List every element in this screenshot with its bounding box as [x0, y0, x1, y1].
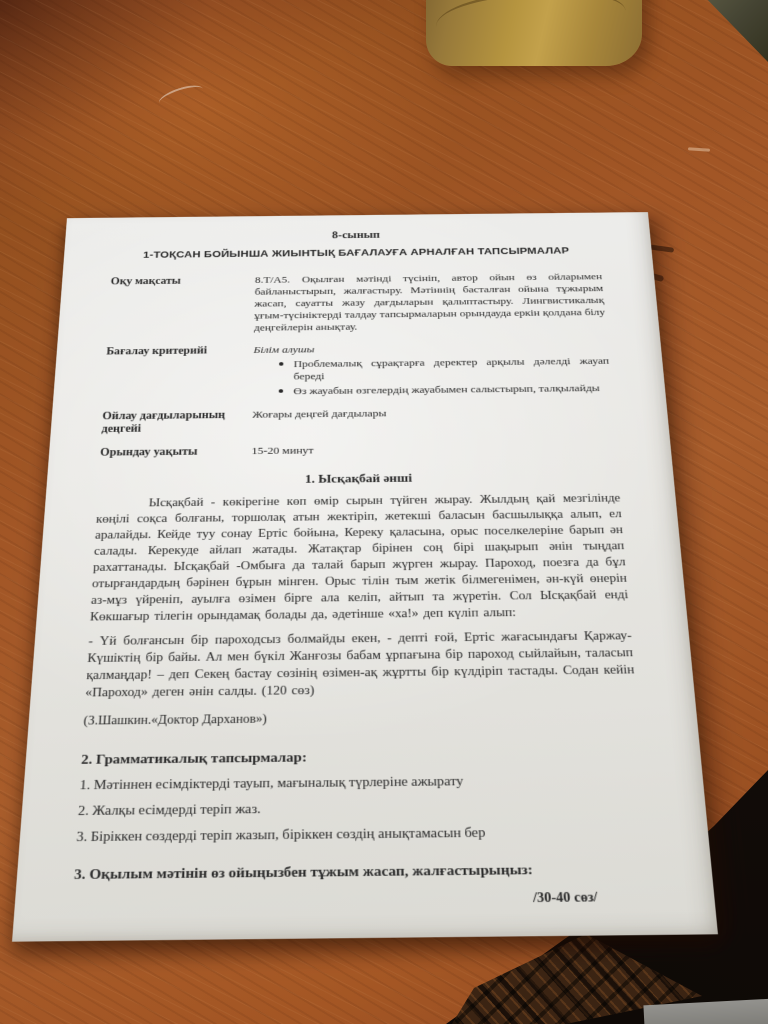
- meta-label: Оқу мақсаты: [107, 274, 255, 335]
- grammar-task: 3. Біріккен сөздерді теріп жазып, бірікк…: [76, 824, 648, 846]
- source-attribution: (З.Шашкин.«Доктор Дарханов»): [83, 709, 639, 729]
- wood-scratch: [688, 147, 710, 152]
- gold-tin-box: [426, 0, 642, 66]
- meta-row-learning-objective: Оқу мақсаты 8.Т/А5. Оқылған мәтінді түсі…: [107, 270, 606, 335]
- meta-label: Орындау уақыты: [100, 444, 252, 459]
- meta-label: Ойлау дағдыларының деңгейі: [101, 408, 252, 435]
- writing-task-heading: 3. Оқылым мәтінін өз ойыңызбен тұжым жас…: [74, 861, 652, 884]
- grammar-task: 2. Жалқы есімдерді теріп жаз.: [78, 798, 647, 820]
- criteria-bullet: Проблемалық сұрақтарға деректер арқылы д…: [253, 354, 611, 383]
- criteria-intro: Білім алушы: [253, 340, 608, 356]
- criteria-bullet-text: Өз жауабын өзгелердің жауабымен салыстыр…: [293, 381, 600, 397]
- wood-scratch: [157, 81, 206, 110]
- reading-paragraph: Ысқақбай - көкірегіне көп өмір сырын түй…: [89, 490, 630, 625]
- meta-label: Бағалау критерийі: [103, 344, 253, 400]
- page-title: 1-ТОҚСАН БОЙЫНША ЖИЫНТЫҚ БАҒАЛАУҒА АРНАЛ…: [112, 245, 600, 260]
- grammar-tasks-heading: 2. Грамматикалық тапсырмалар:: [81, 746, 642, 768]
- grammar-task: 1. Мәтіннен есімдіктерді тауып, мағыналы…: [79, 772, 644, 793]
- meta-row-assessment-criteria: Бағалау критерийі Білім алушы Проблемалы…: [103, 340, 611, 399]
- criteria-bullet: Өз жауабын өзгелердің жауабымен салыстыр…: [253, 381, 612, 397]
- worksheet-page: 8-сынып 1-ТОҚСАН БОЙЫНША ЖИЫНТЫҚ БАҒАЛАУ…: [12, 212, 718, 942]
- meta-value: Жоғары деңгей дағдылары: [252, 404, 615, 433]
- tin-seam-line: [435, 0, 628, 56]
- criteria-bullet-text: Проблемалық сұрақтарға деректер арқылы д…: [294, 354, 611, 382]
- meta-value: Білім алушы Проблемалық сұрақтарға дерек…: [253, 340, 612, 398]
- top-right-corner-object: [698, 0, 768, 62]
- grade-heading: 8-сынып: [113, 227, 599, 244]
- meta-value: 15-20 минут: [251, 440, 616, 457]
- meta-value: 8.Т/А5. Оқылған мәтінді түсініп, автор о…: [254, 270, 607, 333]
- desk-photo: 8-сынып 1-ТОҚСАН БОЙЫНША ЖИЫНТЫҚ БАҒАЛАУ…: [0, 0, 768, 1024]
- reading-paragraph: - Үй болғансын бір пароходсыз болмайды е…: [85, 627, 637, 701]
- bullet-dot: [279, 389, 283, 393]
- meta-row-thinking-skills: Ойлау дағдыларының деңгейі Жоғары деңгей…: [101, 404, 614, 435]
- bullet-dot: [279, 362, 283, 366]
- meta-table: Оқу мақсаты 8.Т/А5. Оқылған мәтінді түсі…: [100, 270, 617, 458]
- meta-row-duration: Орындау уақыты 15-20 минут: [100, 440, 617, 458]
- reading-text-heading: 1. Ысқақбай әнші: [98, 470, 619, 489]
- word-limit: /30-40 сөз/: [72, 889, 654, 912]
